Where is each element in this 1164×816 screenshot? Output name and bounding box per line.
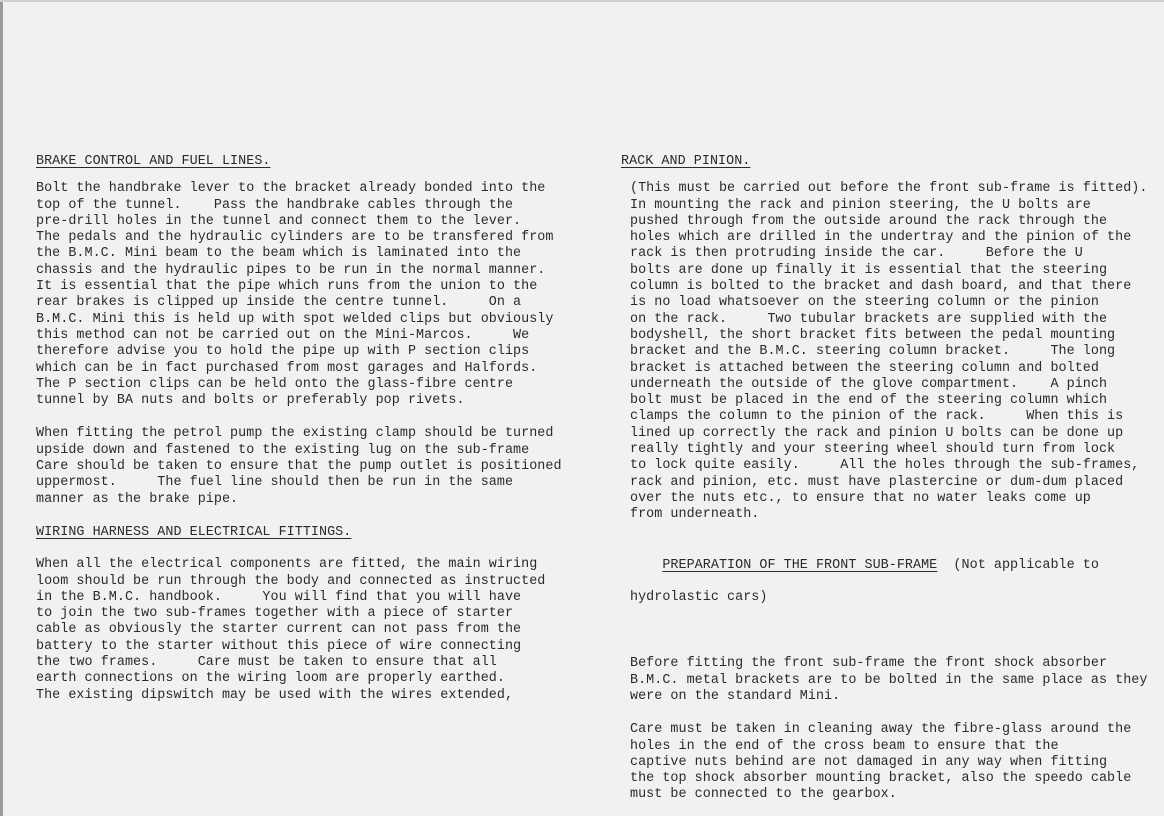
text-line: which can be in fact purchased from most…	[36, 361, 596, 377]
text-line: loom should be run through the body and …	[36, 574, 596, 590]
text-line: bolts are done up finally it is essentia…	[630, 263, 1161, 279]
front-sub-frame-note-continued: hydrolastic cars)	[630, 590, 1161, 606]
text-line: over the nuts etc., to ensure that no wa…	[630, 491, 1161, 507]
text-line: holes which are drilled in the undertray…	[630, 230, 1161, 246]
section-heading-rack-and-pinion: RACK AND PINION.	[621, 154, 1161, 170]
text-line: The P section clips can be held onto the…	[36, 377, 596, 393]
front-sub-frame-title: PREPARATION OF THE FRONT SUB-FRAME	[662, 558, 937, 573]
right-column: RACK AND PINION. (This must be carried o…	[621, 154, 1161, 804]
text-line: from underneath.	[630, 507, 1161, 523]
text-line: cable as obviously the starter current c…	[36, 622, 596, 638]
text-line: uppermost. The fuel line should then be …	[36, 475, 596, 491]
text-line: It is essential that the pipe which runs…	[36, 279, 596, 295]
text-line: captive nuts behind are not damaged in a…	[630, 755, 1161, 771]
text-line: B.M.C. Mini this is held up with spot we…	[36, 312, 596, 328]
text-line: rear brakes is clipped up inside the cen…	[36, 295, 596, 311]
text-line: really tightly and your steering wheel s…	[630, 442, 1161, 458]
text-line: clamps the column to the pinion of the r…	[630, 409, 1161, 425]
text-line: is no load whatsoever on the steering co…	[630, 295, 1161, 311]
text-line: the B.M.C. Mini beam to the beam which i…	[36, 246, 596, 262]
text-line: Care should be taken to ensure that the …	[36, 459, 596, 475]
text-line: In mounting the rack and pinion steering…	[630, 198, 1161, 214]
text-line: holes in the end of the cross beam to en…	[630, 739, 1161, 755]
text-line: the two frames. Care must be taken to en…	[36, 655, 596, 671]
text-line: top of the tunnel. Pass the handbrake ca…	[36, 198, 596, 214]
text-line: The existing dipswitch may be used with …	[36, 688, 596, 704]
text-line: rack and pinion, etc. must have plasterc…	[630, 475, 1161, 491]
text-line: When fitting the petrol pump the existin…	[36, 426, 596, 442]
text-line: manner as the brake pipe.	[36, 492, 596, 508]
paragraph-brake-control: Bolt the handbrake lever to the bracket …	[36, 181, 596, 409]
text-line: underneath the outside of the glove comp…	[630, 377, 1161, 393]
text-line: rack is then protruding inside the car. …	[630, 246, 1161, 262]
text-line: earth connections on the wiring loom are…	[36, 671, 596, 687]
text-line: the top shock absorber mounting bracket,…	[630, 771, 1161, 787]
left-column: BRAKE CONTROL AND FUEL LINES. Bolt the h…	[36, 154, 596, 704]
text-line: on the rack. Two tubular brackets are su…	[630, 312, 1161, 328]
text-line: Before fitting the front sub-frame the f…	[630, 656, 1161, 672]
text-line: to join the two sub-frames together with…	[36, 606, 596, 622]
paragraph-petrol-pump: When fitting the petrol pump the existin…	[36, 426, 596, 507]
text-line: this method can not be carried out on th…	[36, 328, 596, 344]
paragraph-rack-and-pinion: (This must be carried out before the fro…	[621, 181, 1161, 523]
page-edge	[0, 0, 3, 816]
text-line: tunnel by BA nuts and bolts or preferabl…	[36, 393, 596, 409]
paragraph-shock-absorber-brackets: Before fitting the front sub-frame the f…	[621, 656, 1161, 705]
page-edge-top	[0, 0, 1164, 2]
text-line: B.M.C. metal brackets are to be bolted i…	[630, 673, 1161, 689]
text-line: chassis and the hydraulic pipes to be ru…	[36, 263, 596, 279]
text-line: Care must be taken in cleaning away the …	[630, 722, 1161, 738]
text-line: bolt must be placed in the end of the st…	[630, 393, 1161, 409]
front-sub-frame-note: (Not applicable to	[937, 558, 1099, 573]
text-line: bracket is attached between the steering…	[630, 361, 1161, 377]
text-line: (This must be carried out before the fro…	[630, 181, 1161, 197]
text-line: were on the standard Mini.	[630, 689, 1161, 705]
text-line: therefore advise you to hold the pipe up…	[36, 344, 596, 360]
paragraph-cross-beam-care: Care must be taken in cleaning away the …	[621, 722, 1161, 803]
text-line: pre-drill holes in the tunnel and connec…	[36, 214, 596, 230]
text-line: column is bolted to the bracket and dash…	[630, 279, 1161, 295]
section-heading-wiring-harness: WIRING HARNESS AND ELECTRICAL FITTINGS.	[36, 525, 596, 541]
text-line: must be connected to the gearbox.	[630, 787, 1161, 803]
text-line: upside down and fastened to the existing…	[36, 443, 596, 459]
text-line: Bolt the handbrake lever to the bracket …	[36, 181, 596, 197]
section-heading-front-sub-frame: PREPARATION OF THE FRONT SUB-FRAME (Not …	[621, 542, 1161, 640]
text-line: lined up correctly the rack and pinion U…	[630, 426, 1161, 442]
text-line: bodyshell, the short bracket fits betwee…	[630, 328, 1161, 344]
text-line: pushed through from the outside around t…	[630, 214, 1161, 230]
paragraph-wiring-harness: When all the electrical components are f…	[36, 557, 596, 704]
text-line: When all the electrical components are f…	[36, 557, 596, 573]
text-line: bracket and the B.M.C. steering column b…	[630, 344, 1161, 360]
text-line: battery to the starter without this piec…	[36, 639, 596, 655]
section-heading-brake-control: BRAKE CONTROL AND FUEL LINES.	[36, 154, 596, 170]
text-line: in the B.M.C. handbook. You will find th…	[36, 590, 596, 606]
text-line: to lock quite easily. All the holes thro…	[630, 458, 1161, 474]
text-line: The pedals and the hydraulic cylinders a…	[36, 230, 596, 246]
